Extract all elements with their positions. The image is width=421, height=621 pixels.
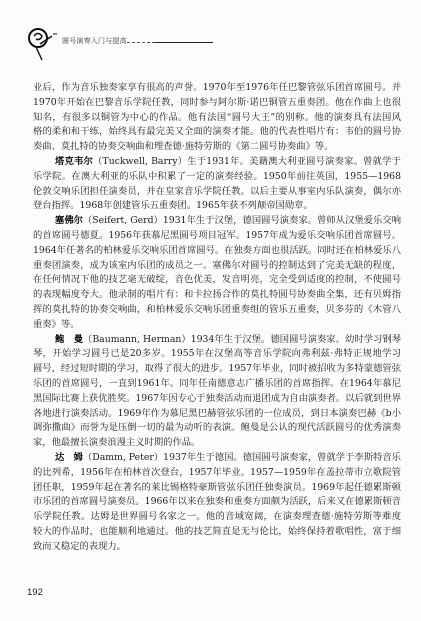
text-line: 市乐团的首席圆号演奏员。1966年以来在独奏和重奏方面颇为活跃，后来又在德累斯顿… [33, 495, 401, 510]
text-line: 团任职，1959年起在著名的莱比锡格特豪斯管弦乐团任独奏演员。1969年起任德累… [33, 481, 401, 496]
text-line: 业后，作为音乐独奏家享有很高的声誉。1970年至1976年任巴黎管弦乐团首席圆号… [33, 81, 401, 96]
header-rule-dashed [127, 42, 155, 43]
text-line: 1964年任著名的柏林爱乐交响乐团首席圆号。在独奏方面也很活跃。同时还在柏林爱乐… [33, 244, 401, 259]
text-line: 致而又稳定的表现力。 [33, 540, 401, 555]
running-header: 圆号演奏入门与提高 [0, 0, 421, 70]
header-rule [155, 42, 213, 43]
text-line: 较大的作品时，也能顺利地通过。他的技艺简直是无与伦比，始终保持着歌唱性，富于细 [33, 525, 401, 540]
text-line: 调弥撒曲》而誉为是压倒一切的最为动听的表演。鲍曼是公认的现代活跃圆号的优秀演奏 [33, 421, 401, 436]
text-line: 琴，开始学习圆号已是20多岁。1955年在汉堡高等音乐学院向弗利兹·弗特正规地学… [33, 347, 401, 362]
paragraph-seifert: 塞佛尔（Seifert, Gerd）1931年生于汉堡，德国圆号演奏家。曾师从汉… [33, 214, 401, 332]
musician-name: 塔克韦尔 [55, 156, 93, 167]
text-line: 1970年开始在巴黎音乐学院任教，同时参与阿尔斯·诺巴铜管五重奏团。他在作曲上也… [33, 96, 401, 111]
text-line: 乐学院任教。达姆是世界圆号名家之一。他的音域宽阔，在演奏理查德·施特劳斯等难度 [33, 510, 401, 525]
text-line: 格的柔和和干练，始终具有最完美又全面的演奏才能。他的代表性唱片有：韦伯的圆号协 [33, 125, 401, 140]
text-line: 达 姆（Damm, Peter）1937年生于德国。德国圆号演奏家，曾就学于李斯… [33, 451, 401, 466]
text-line: 塔克韦尔（Tuckwell, Barry）生于1931年。美籍澳大利亚圆号演奏家… [33, 155, 401, 170]
text-line: 各地进行演奏活动。1969年作为慕尼黑巴赫管弦乐团的一位成员，到日本演奏巴赫《b… [33, 407, 401, 422]
text-line: 塞佛尔（Seifert, Gerd）1931年生于汉堡，德国圆号演奏家。曾师从汉… [33, 214, 401, 229]
text-line: 重奏团演奏，成为该室内乐团的成员之一。塞佛尔对圆号的控制达到了完美无缺的程度， [33, 259, 401, 274]
line-text: （Baumann, Herman）1934年生于汉堡。德国圆号演奏家。幼时学习钢… [33, 334, 401, 348]
text-line: 鲍 曼（Baumann, Herman）1934年生于汉堡。德国圆号演奏家。幼时… [33, 333, 401, 348]
text-line: 黑国际比赛上获优胜奖。1967年因专心于独奏活动而退团成为自由演奏者。以后就到世… [33, 392, 401, 407]
paragraph-baumann: 鲍 曼（Baumann, Herman）1934年生于汉堡。德国圆号演奏家。幼时… [33, 333, 401, 451]
book-title: 圆号演奏入门与提高 [62, 37, 127, 46]
text-line: 挥的莫扎特的协奏交响曲，和柏林爱乐交响乐团重奏组的管乐五重奏，贝多芬的《木管八 [33, 303, 401, 318]
musician-name: 鲍 曼 [55, 334, 83, 345]
musician-name: 达 姆 [55, 452, 83, 463]
line-text: （Seifert, Gerd）1931年生于汉堡，德国圆号演奏家。曾师从汉堡爱乐… [33, 215, 401, 229]
text-line: 重奏》等。 [33, 318, 401, 333]
text-line: 的首席圆号德夏。1956年获慕尼黑圆号项目冠军。1957年成为爱乐交响乐团首席圆… [33, 229, 401, 244]
text-line: 的表现幅度夸大。他录制的唱片有：和卡拉扬合作的莫扎特圆号协奏曲全集，还有贝姆指 [33, 288, 401, 303]
paragraph-tuckwell: 塔克韦尔（Tuckwell, Barry）生于1931年。美籍澳大利亚圆号演奏家… [33, 155, 401, 214]
body-text: 业后，作为音乐独奏家享有很高的声誉。1970年至1976年任巴黎管弦乐团首席圆号… [33, 81, 401, 555]
text-line: 登台指挥。1968年创建管乐五重奏团。1965年获不列颠帝国勋章。 [33, 199, 401, 214]
text-line: 伦敦交响乐团担任演奏员，并在皇家音乐学院任教。以后主要从事室内乐队演奏，偶尔亦 [33, 185, 401, 200]
text-line: 家，他最擅长演奏浪漫主义时期的作品。 [33, 436, 401, 451]
text-line: 在任何情况下他的技艺毫无破绽，音色优美，发音明亮，完全受到适度的控制，不使圆号 [33, 273, 401, 288]
paragraph: 业后，作为音乐独奏家享有很高的声誉。1970年至1976年任巴黎管弦乐团首席圆号… [33, 81, 401, 155]
text-line: 奏曲、莫扎特的协奏交响曲和理查德·施特劳斯的《第二圆号协奏曲》等。 [33, 140, 401, 155]
page-number: 192 [27, 587, 43, 598]
text-line: 的比列希，1956年在柏林首次登台，1957年毕业。1957—1959年在盖拉蒂… [33, 466, 401, 481]
text-line: 乐学院。在澳大利亚的乐队中积累了一定的演奏经验。1950年前往英国，1955—1… [33, 170, 401, 185]
french-horn-logo-icon [26, 24, 58, 64]
text-line: 知名，有很多以铜管为中心的作品。他有法国“圆号大王”的别称。他的演奏具有法国风 [33, 111, 401, 126]
paragraph-damm: 达 姆（Damm, Peter）1937年生于德国。德国圆号演奏家，曾就学于李斯… [33, 451, 401, 555]
text-line: 圆号，经过短时期的学习，取得了很大的进步。1957年毕业，同时被招收为多特蒙德管… [33, 362, 401, 377]
text-line: 乐团的首席圆号，一直到1961年。同年任南德意志广播乐团的首席指挥。在1964年… [33, 377, 401, 392]
line-text: （Damm, Peter）1937年生于德国。德国圆号演奏家，曾就学于李斯特音乐… [33, 452, 401, 466]
musician-name: 塞佛尔 [55, 215, 83, 226]
